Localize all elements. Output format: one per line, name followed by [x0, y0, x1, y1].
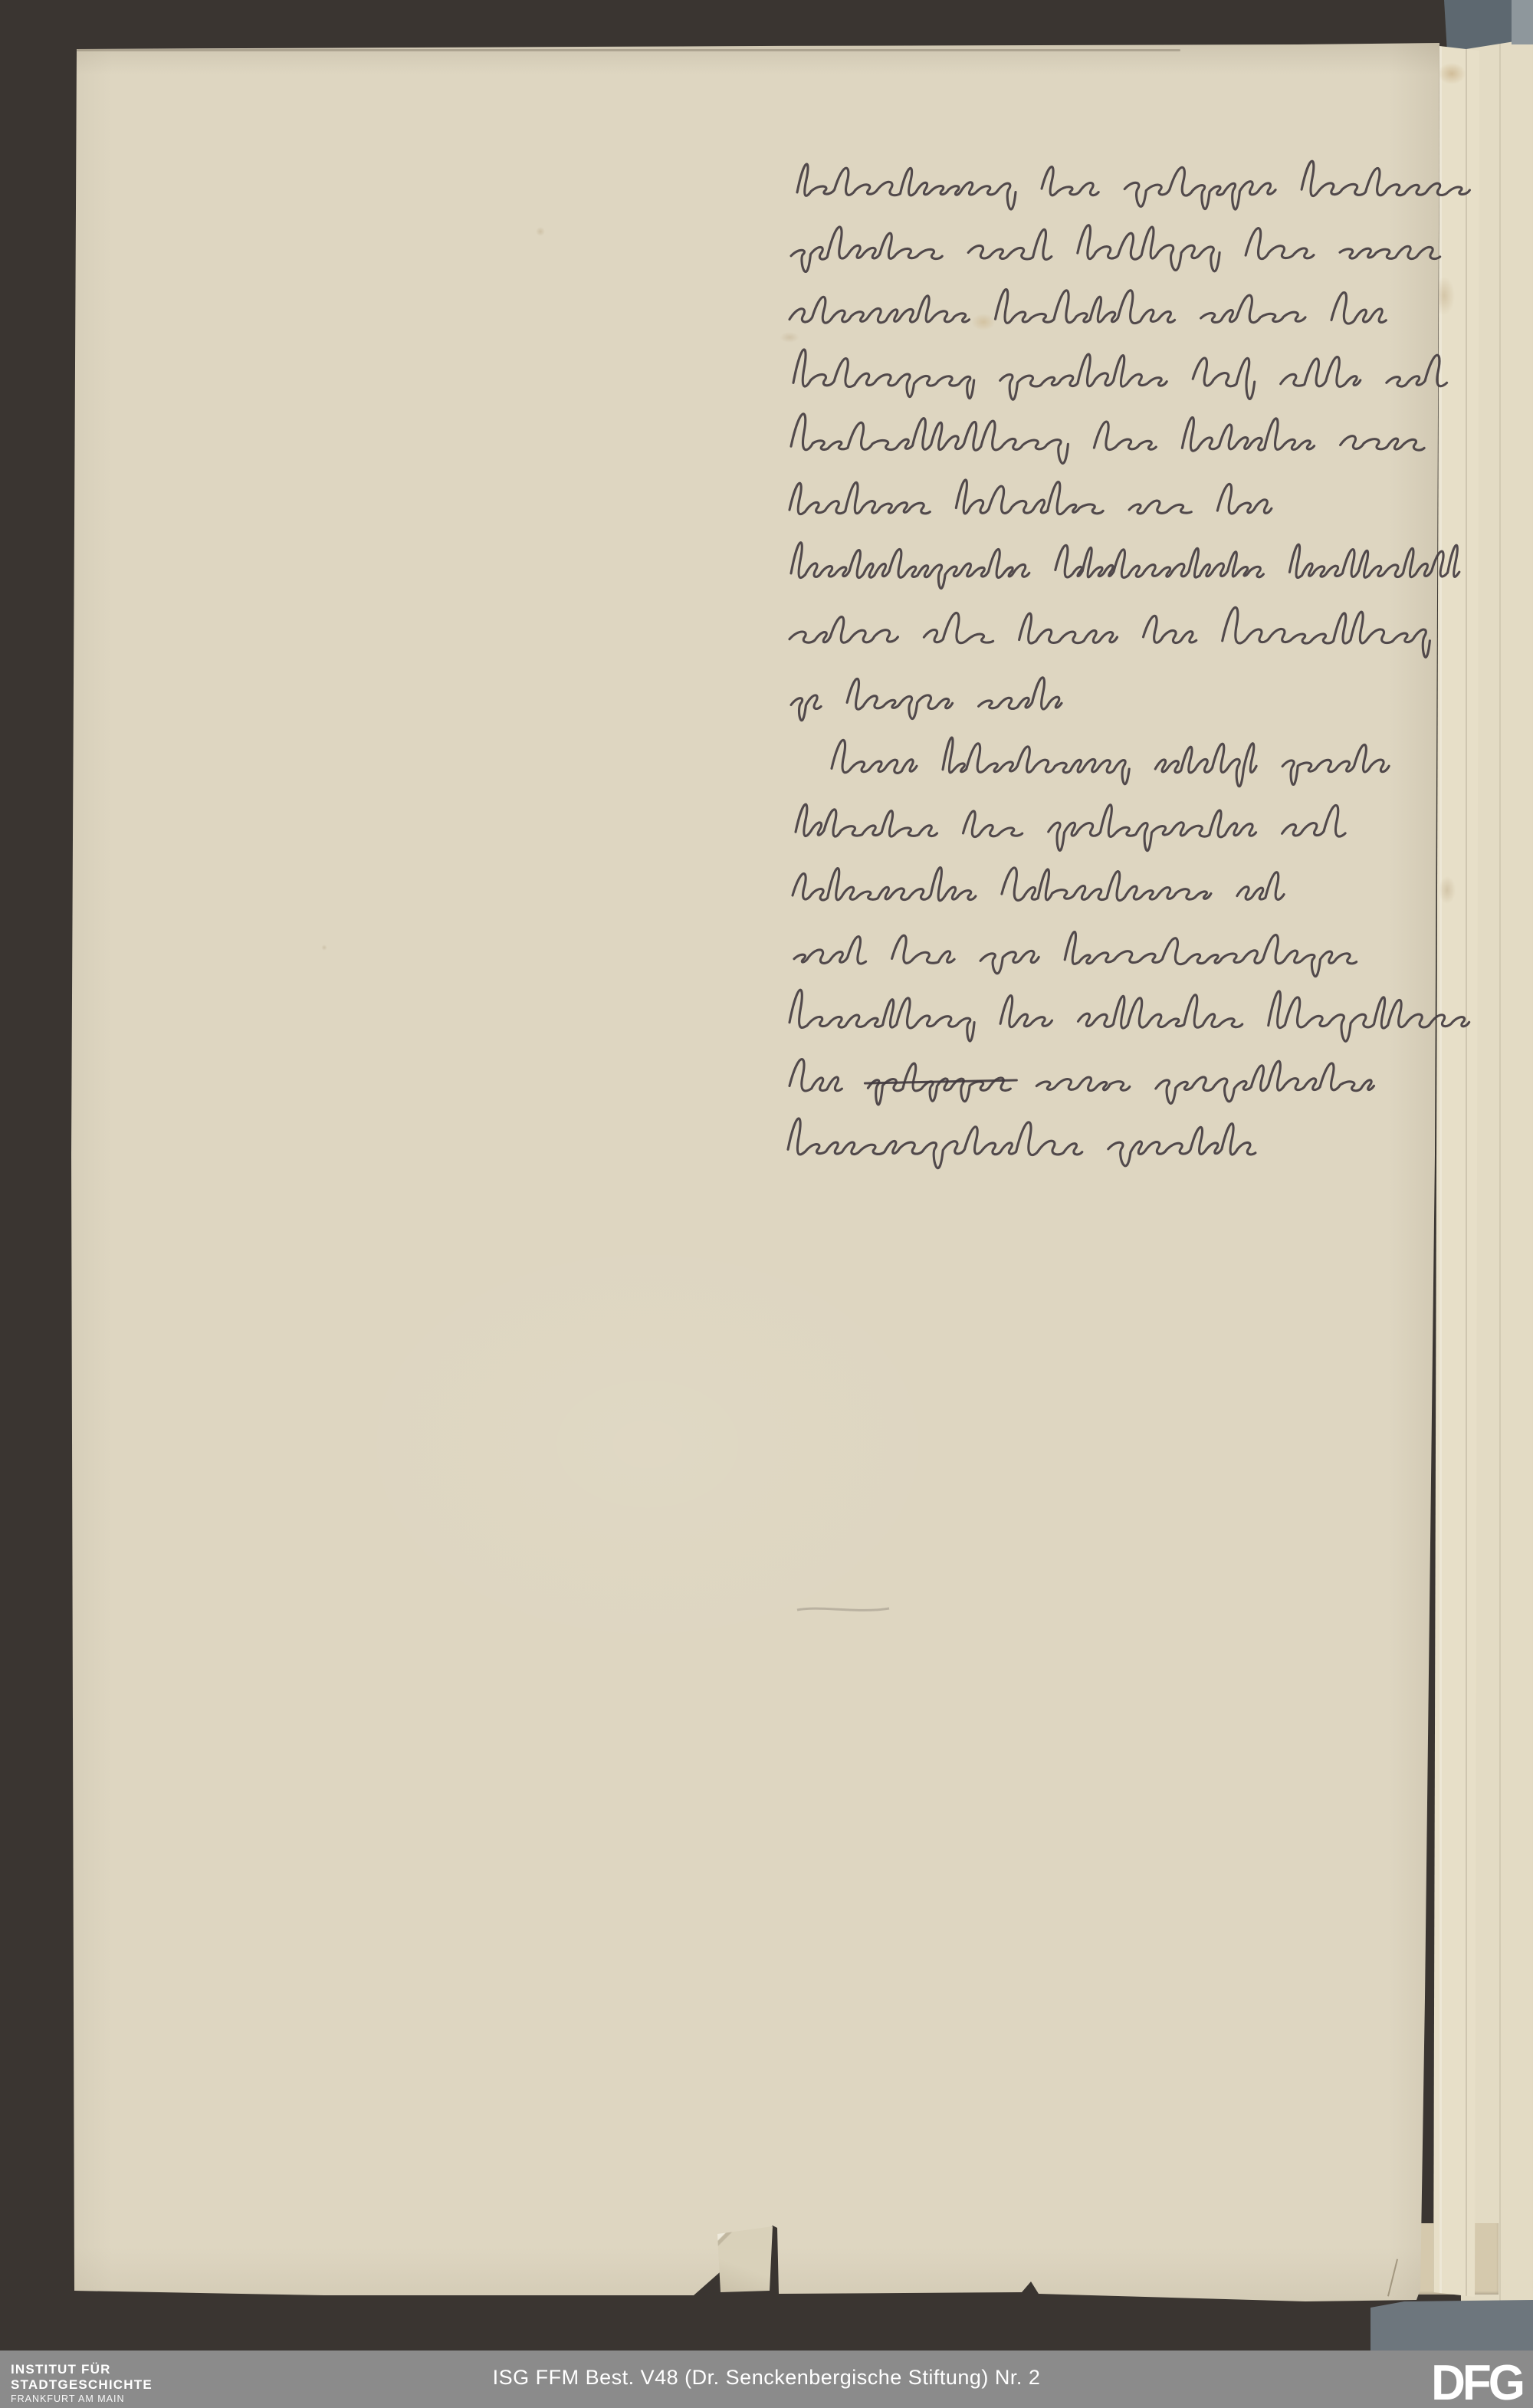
manuscript-sheet [71, 43, 1443, 2303]
sheet-top-shadow [77, 49, 1180, 51]
backing-sheet-edge [1499, 37, 1501, 2306]
folder-cover-sliver [1512, 0, 1533, 44]
archive-reference: ISG FFM Best. V48 (Dr. Senckenbergische … [0, 2366, 1533, 2390]
paper-crease [1466, 43, 1467, 2298]
institute-city: FRANKFURT AM MAIN [11, 2394, 153, 2404]
archival-scan-page: INSTITUT FÜR STADTGESCHICHTE FRANKFURT A… [0, 0, 1533, 2408]
dfg-logo: DFG [1431, 2355, 1522, 2408]
folder-cover-bottom [1371, 2300, 1533, 2351]
